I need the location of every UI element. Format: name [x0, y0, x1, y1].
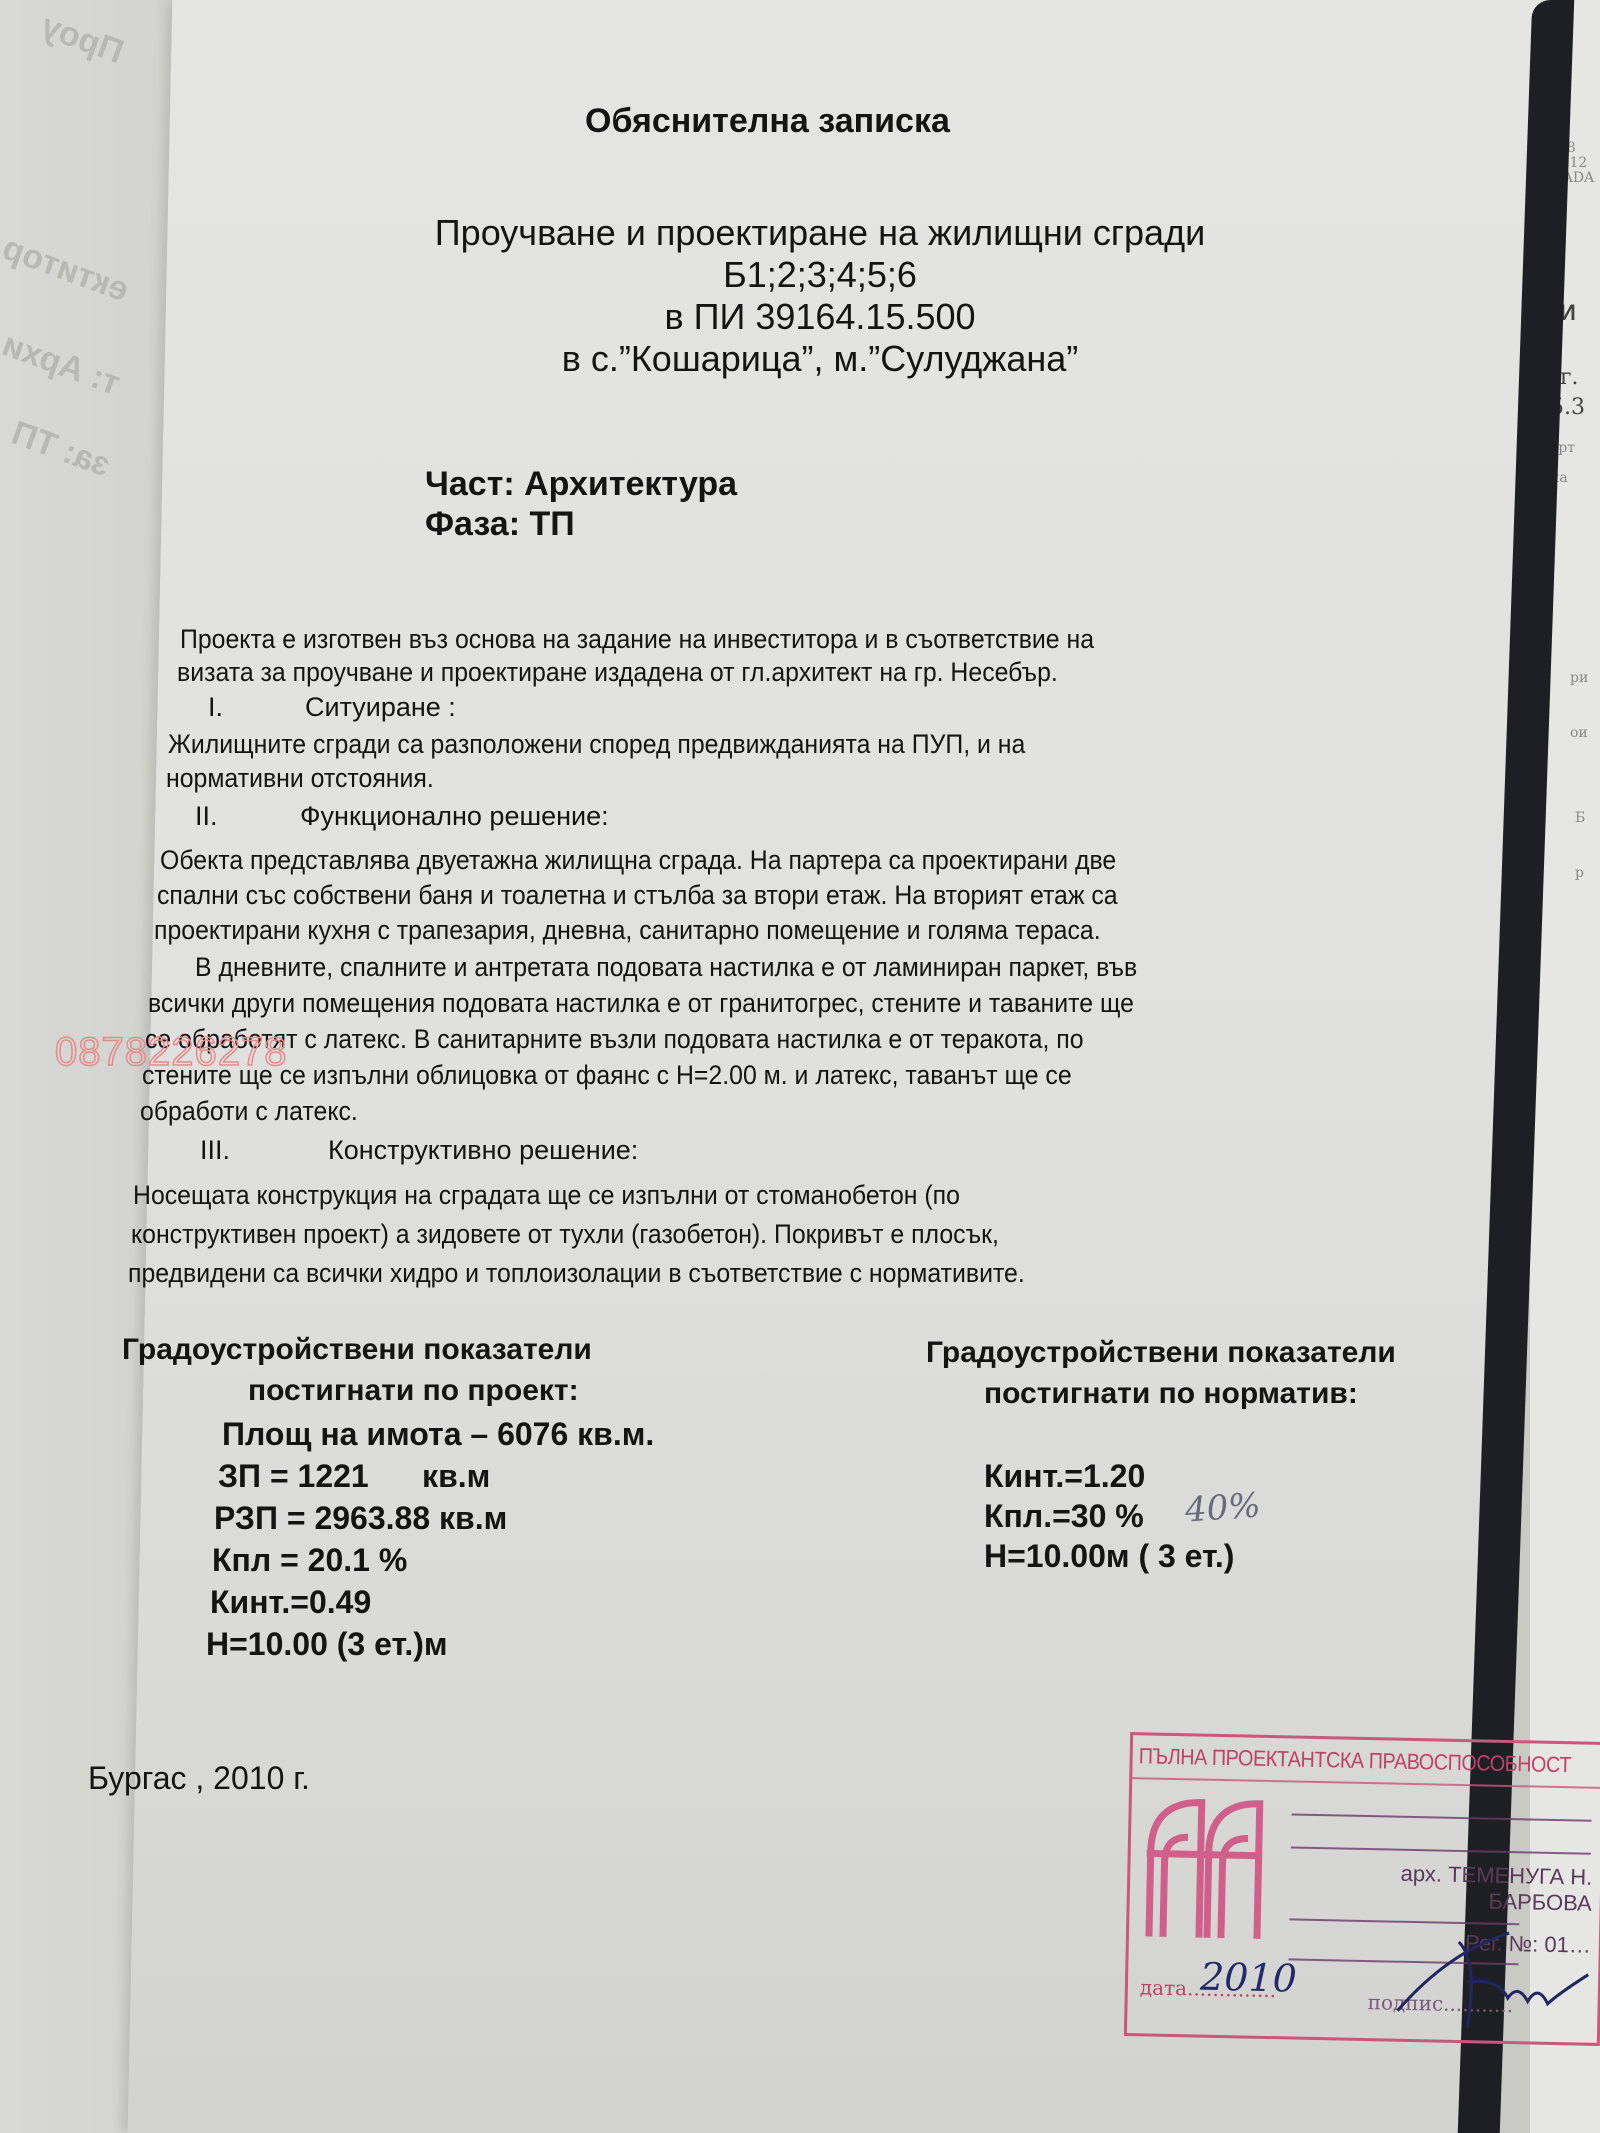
ghost-text: Проу: [36, 7, 129, 73]
section-number: I.: [208, 692, 223, 723]
indicators-norm-heading: постигнати по норматив:: [984, 1377, 1358, 1411]
chamber-logo-icon: [1141, 1791, 1266, 1944]
body-line: обработи с латекс.: [140, 1096, 358, 1126]
indicator-item: РЗП = 2963.88 кв.м: [214, 1500, 507, 1537]
intro-line: визата за проучване и проектиране издаде…: [177, 657, 1058, 687]
part-label: Част: Архитектура: [425, 465, 737, 504]
phone-watermark: 0878226278: [55, 1030, 287, 1075]
indicator-item: Кинт.=1.20: [984, 1458, 1145, 1495]
subtitle-line: в с.”Кошарица”, м.”Сулуджана”: [320, 338, 1320, 380]
indicator-item: Кинт.=0.49: [210, 1584, 371, 1621]
body-line: Носещата конструкция на сградата ще се и…: [133, 1180, 960, 1210]
signature-icon: [1387, 1921, 1599, 2035]
indicator-item: H=10.00 (3 ет.)м: [206, 1626, 448, 1663]
ghost-text: ектитор: [0, 229, 134, 311]
body-line: проектирани кухня с трапезария, дневна, …: [154, 915, 1101, 945]
body-line: конструктивен проект) а зидовете от тухл…: [131, 1219, 999, 1249]
indicator-item: Площ на имота – 6076 кв.м.: [222, 1416, 654, 1453]
indicators-project-heading: постигнати по проект:: [248, 1374, 579, 1408]
stamp-date-handwritten: 2010: [1200, 1955, 1298, 2001]
phase-label: Фаза: ТП: [425, 505, 575, 544]
subtitle-line: Б1;2;3;4;5;6: [320, 254, 1320, 296]
indicator-item: ЗП = 1221 кв.м: [218, 1458, 490, 1495]
body-line: спални със собствени баня и тоалетна и с…: [157, 880, 1118, 910]
indicator-item: Кпл = 20.1 %: [212, 1542, 407, 1579]
body-line: предвидени са всички хидро и топлоизолац…: [128, 1258, 1025, 1288]
body-line: всички други помещения подовата настилка…: [148, 988, 1134, 1018]
ghost-text: за: ТП: [6, 414, 115, 485]
stamp-architect-name: арх. ТЕМЕНУГА Н. БАРБОВА: [1400, 1861, 1593, 1917]
ghost-text: т: Архи: [0, 325, 125, 403]
indicator-item: H=10.00м ( 3 ет.): [984, 1538, 1234, 1575]
section-number: II.: [195, 801, 218, 832]
intro-line: Проекта е изготвен въз основа на задание…: [180, 624, 1094, 654]
place-date: Бургас , 2010 г.: [88, 1760, 310, 1797]
body-line: нормативни отстояния.: [166, 763, 434, 793]
section-heading: Функционално решение:: [300, 801, 609, 832]
section-number: III.: [200, 1135, 230, 1166]
body-line: Обекта представлява двуетажна жилищна сг…: [160, 845, 1116, 875]
body-line: В дневните, спалните и антретата подоват…: [195, 952, 1137, 982]
section-heading: Конструктивно решение:: [328, 1135, 638, 1166]
subtitle-line: Проучване и проектиране на жилищни сград…: [320, 212, 1320, 254]
stamp-header: ПЪЛНА ПРОЕКТАНТСКА ПРАВОСПОСОБНОСТ: [1138, 1743, 1571, 1778]
indicators-project-heading: Градоустройствени показатели: [122, 1333, 592, 1367]
indicator-item: Кпл.=30 %: [984, 1498, 1144, 1535]
body-line: Жилищните сгради са разположени според п…: [168, 729, 1025, 759]
indicators-norm-heading: Градоустройствени показатели: [926, 1336, 1396, 1370]
section-heading: Ситуиране :: [305, 692, 456, 723]
document-title: Обяснителна записка: [585, 102, 950, 141]
handwritten-note: 40%: [1184, 1485, 1262, 1530]
subtitle-line: в ПИ 39164.15.500: [320, 296, 1320, 338]
architect-stamp: ПЪЛНА ПРОЕКТАНТСКА ПРАВОСПОСОБНОСТ арх. …: [1124, 1732, 1600, 2046]
